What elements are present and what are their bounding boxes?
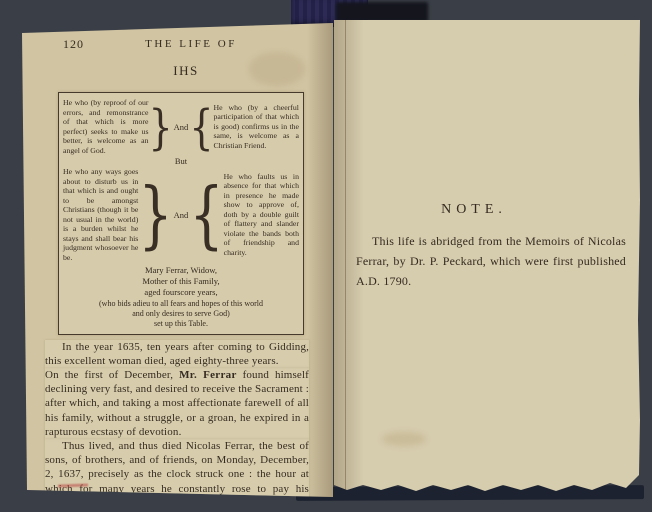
spine-top-shadow — [336, 2, 428, 22]
table-footer: Mary Ferrar, Widow, Mother of this Famil… — [63, 265, 299, 330]
connector-and-1: } And { — [148, 108, 213, 146]
gutter-shadow — [334, 20, 364, 498]
table-row-2: He who any ways goes about to disturb us… — [63, 167, 299, 262]
table-cell-row1-left: He who (by reproof of our errors, and re… — [63, 98, 148, 155]
closing-brace-glyph: } — [138, 178, 172, 251]
table-cell-row2-left: He who any ways goes about to disturb us… — [63, 167, 138, 262]
table-row-1: He who (by reproof of our errors, and re… — [63, 98, 299, 155]
book-photo: { "left_page": { "page_number": "120", "… — [0, 0, 652, 512]
table-footer-line: aged fourscore years, — [63, 287, 299, 298]
note-heading: NOTE. — [334, 202, 614, 218]
body-paragraph: In the year 1635, ten years after coming… — [45, 340, 309, 368]
page-crease — [345, 20, 346, 498]
paper-stain — [382, 432, 426, 446]
left-page: 120 THE LIFE OF IHS He who (by reproof o… — [21, 22, 333, 498]
body-paragraph: Thus lived, and thus died Nicolas Ferrar… — [45, 439, 309, 510]
table-footer-line: and only desires to serve God) — [63, 309, 299, 319]
closing-brace-glyph: } — [148, 103, 172, 151]
table-footer-line: Mother of this Family, — [63, 276, 299, 287]
note-paragraph: This life is abridged from the Memoirs o… — [356, 231, 626, 291]
left-page-header: 120 THE LIFE OF — [21, 37, 333, 51]
table-cell-row2-right: He who faults us in absence for that whi… — [224, 172, 299, 258]
opening-brace-glyph: { — [189, 178, 223, 251]
connector-and-2: } And { — [138, 188, 223, 242]
right-page: NOTE. This life is abridged from the Mem… — [334, 20, 640, 498]
opening-brace-glyph: { — [189, 103, 213, 151]
connector-but: But — [63, 156, 299, 166]
table-footer-line: Mary Ferrar, Widow, — [63, 265, 299, 276]
body-paragraph: On the first of December, Mr. Ferrar fou… — [45, 368, 309, 439]
foxing-stain — [249, 52, 305, 86]
table-cell-row1-right: He who (by a cheerful participation of t… — [214, 103, 299, 151]
table-footer-line: set up this Table. — [63, 319, 299, 329]
gutter-shadow — [307, 22, 333, 498]
running-title: THE LIFE OF — [21, 38, 333, 50]
pasted-correction: Mr. Ferrar — [179, 369, 237, 381]
table-footer-line: (who bids adieu to all fears and hopes o… — [63, 299, 299, 309]
ferrar-table: He who (by reproof of our errors, and re… — [58, 92, 304, 335]
